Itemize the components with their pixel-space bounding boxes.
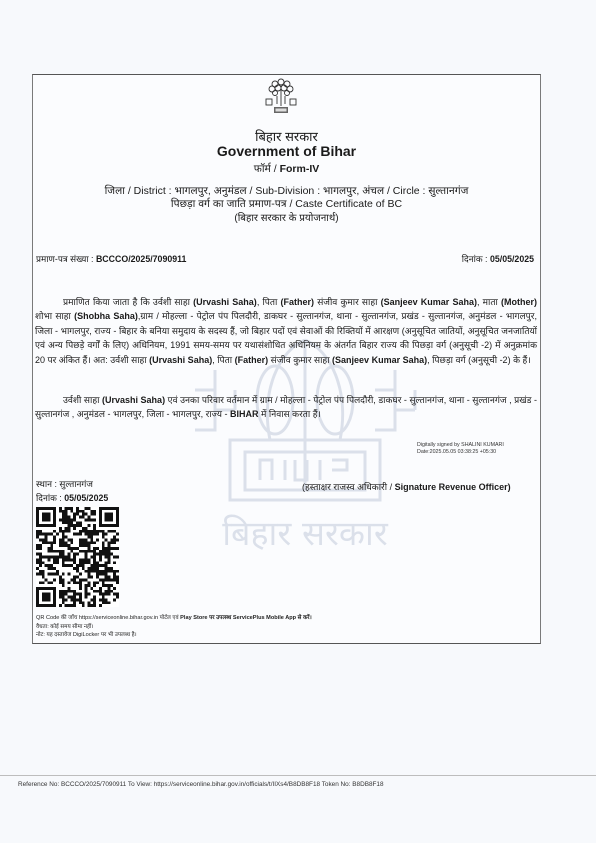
certification-paragraph: प्रमाणित किया जाता है कि उर्वशी साहा (Ur… (35, 295, 537, 367)
note-validity: वैधता: कोई समय सीमा नहीं। (36, 623, 312, 632)
qr-code-icon[interactable] (36, 507, 119, 607)
certificate-number-value: BCCCO/2025/7090911 (96, 254, 186, 264)
footer-divider (0, 775, 596, 776)
certificate-date-label: दिनांक : (462, 254, 488, 264)
jurisdiction-line: जिला / District : भागलपुर, अनुमंडल / Sub… (32, 184, 541, 198)
place: स्थान : सुल्तानगंज (36, 477, 108, 491)
form-number: फॉर्म / Form-IV (32, 162, 541, 176)
certificate-number: प्रमाण-पत्र संख्या : BCCCO/2025/7090911 (36, 253, 186, 265)
residence-paragraph: उर्वशी साहा (Urvashi Saha) एवं उनका परिव… (35, 393, 537, 422)
bihar-government-emblem-icon (264, 78, 298, 114)
reference-footer: Reference No: BCCCO/2025/7090911 To View… (18, 781, 384, 788)
place-date: दिनांक : 05/05/2025 (36, 491, 108, 505)
certificate-type: पिछड़ा वर्ग का जाति प्रमाण-पत्र / Caste … (32, 197, 541, 211)
place-date-block: स्थान : सुल्तानगंज दिनांक : 05/05/2025 (36, 477, 108, 505)
certificate-purpose: (बिहार सरकार के प्रयोजनार्थ) (32, 210, 541, 224)
form-english: Form-IV (280, 163, 320, 175)
verification-notes: QR Code की जाँच https://serviceonline.bi… (36, 614, 312, 640)
title-english: Government of Bihar (32, 143, 541, 159)
form-hindi: फॉर्म (254, 163, 271, 175)
signature-label: (हस्ताक्षर राजस्व अधिकारी / Signature Re… (302, 480, 511, 493)
note-digilocker: नोट: यह दस्तावेज DigiLocker पर भी उपलब्ध… (36, 631, 312, 640)
certificate-date: दिनांक : 05/05/2025 (462, 253, 534, 265)
note-qr: QR Code की जाँच https://serviceonline.bi… (36, 614, 312, 623)
certificate-number-label: प्रमाण-पत्र संख्या : (36, 254, 94, 264)
certificate-date-value: 05/05/2025 (490, 254, 534, 264)
digital-signature: Digitally signed by SHALINI KUMARI Date:… (417, 442, 504, 456)
